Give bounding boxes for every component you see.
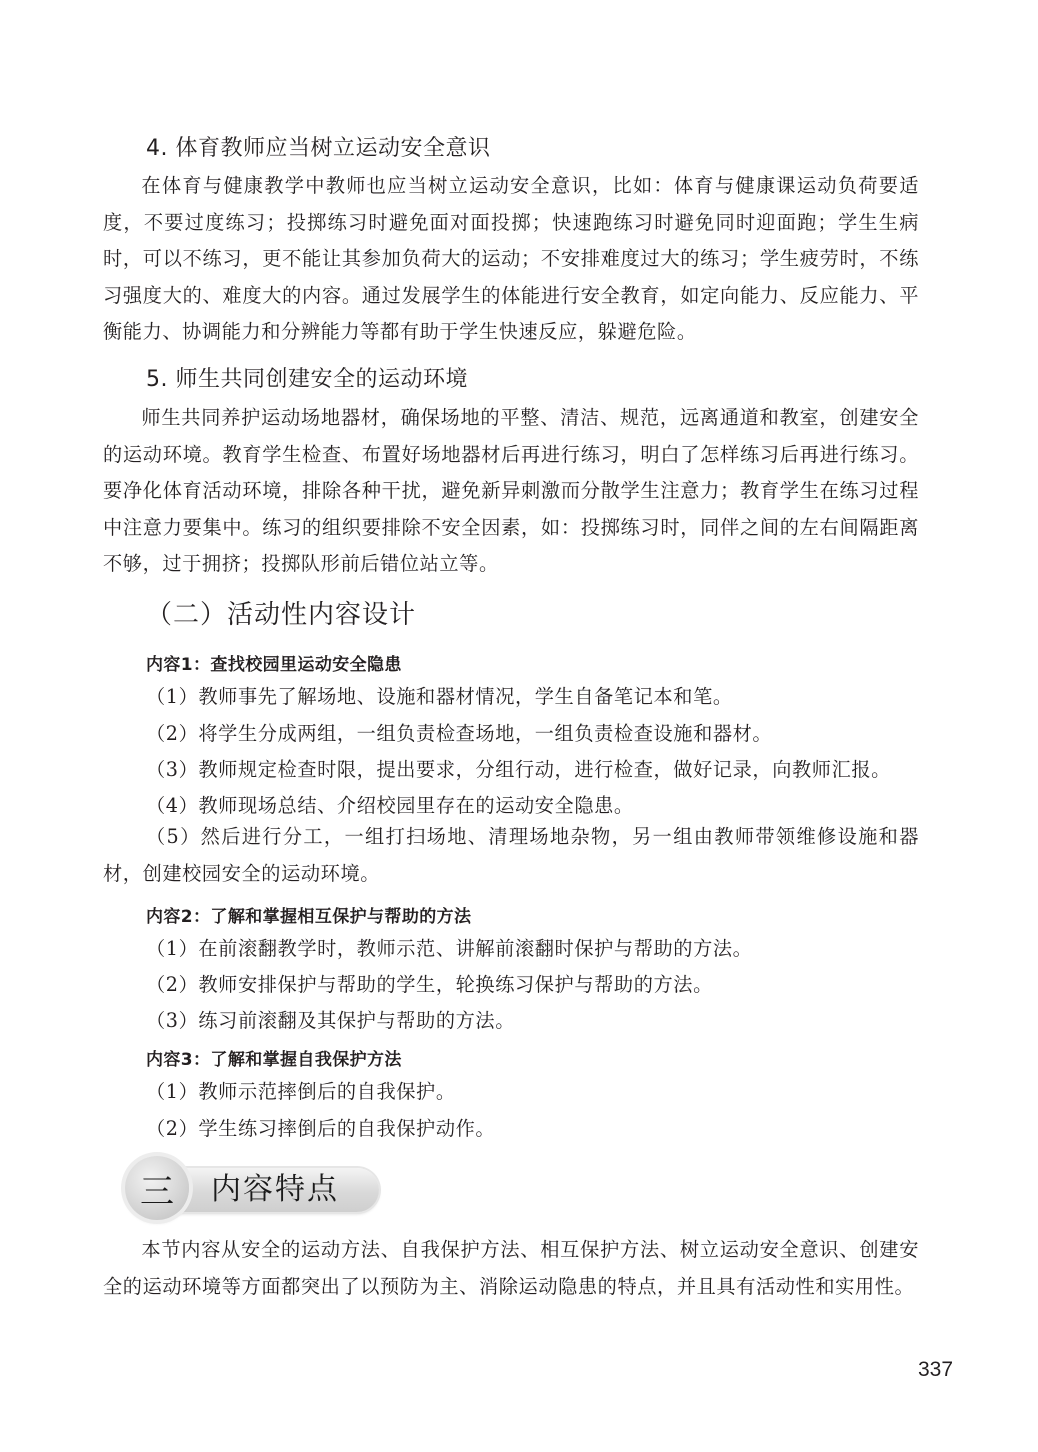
content-2-step-3: （3）练习前滚翻及其保护与帮助的方法。 (146, 1006, 515, 1033)
heading-activity-design: （二）活动性内容设计 (146, 594, 416, 631)
content-3-step-1: （1）教师示范摔倒后的自我保护。 (146, 1077, 456, 1104)
heading-4-teacher-safety-awareness: 4. 体育教师应当树立运动安全意识 (146, 131, 491, 162)
badge-numeral-circle: 三 (125, 1156, 189, 1220)
content-1-step-5: （5）然后进行分工，一组打扫场地、清理场地杂物，另一组由教师带领维修设施和器材，… (103, 819, 919, 892)
heading-5-safe-environment: 5. 师生共同创建安全的运动环境 (146, 362, 468, 393)
paragraph-teacher-safety-awareness: 在体育与健康教学中教师也应当树立运动安全意识，比如：体育与健康课运动负荷要适度，… (103, 168, 919, 351)
section-3-title: 内容特点 (211, 1168, 339, 1212)
content-2-step-2: （2）教师安排保护与帮助的学生，轮换练习保护与帮助的方法。 (146, 970, 713, 997)
textbook-page: 4. 体育教师应当树立运动安全意识 在体育与健康教学中教师也应当树立运动安全意识… (0, 0, 1038, 1452)
content-1-step-1: （1）教师事先了解场地、设施和器材情况，学生自备笔记本和笔。 (146, 682, 733, 709)
content-3-step-2: （2）学生练习摔倒后的自我保护动作。 (146, 1114, 495, 1141)
page-number: 337 (918, 1358, 953, 1382)
content-1-step-2: （2）将学生分成两组，一组负责检查场地，一组负责检查设施和器材。 (146, 719, 772, 746)
content-1-step-3: （3）教师规定检查时限，提出要求，分组行动，进行检查，做好记录，向教师汇报。 (146, 755, 891, 782)
content-2-step-1: （1）在前滚翻教学时，教师示范、讲解前滚翻时保护与帮助的方法。 (146, 934, 752, 961)
content-1-title: 内容1：查找校园里运动安全隐患 (146, 650, 402, 675)
content-1-step-4: （4）教师现场总结、介绍校园里存在的运动安全隐患。 (146, 791, 634, 818)
paragraph-safe-environment: 师生共同养护运动场地器材，确保场地的平整、清洁、规范，远离通道和教室，创建安全的… (103, 400, 919, 583)
content-3-title: 内容3：了解和掌握自我保护方法 (146, 1045, 402, 1070)
paragraph-content-features: 本节内容从安全的运动方法、自我保护方法、相互保护方法、树立运动安全意识、创建安全… (103, 1232, 919, 1305)
content-2-title: 内容2：了解和掌握相互保护与帮助的方法 (146, 902, 471, 927)
section-3-heading-badge: 三 内容特点 (125, 1156, 385, 1224)
